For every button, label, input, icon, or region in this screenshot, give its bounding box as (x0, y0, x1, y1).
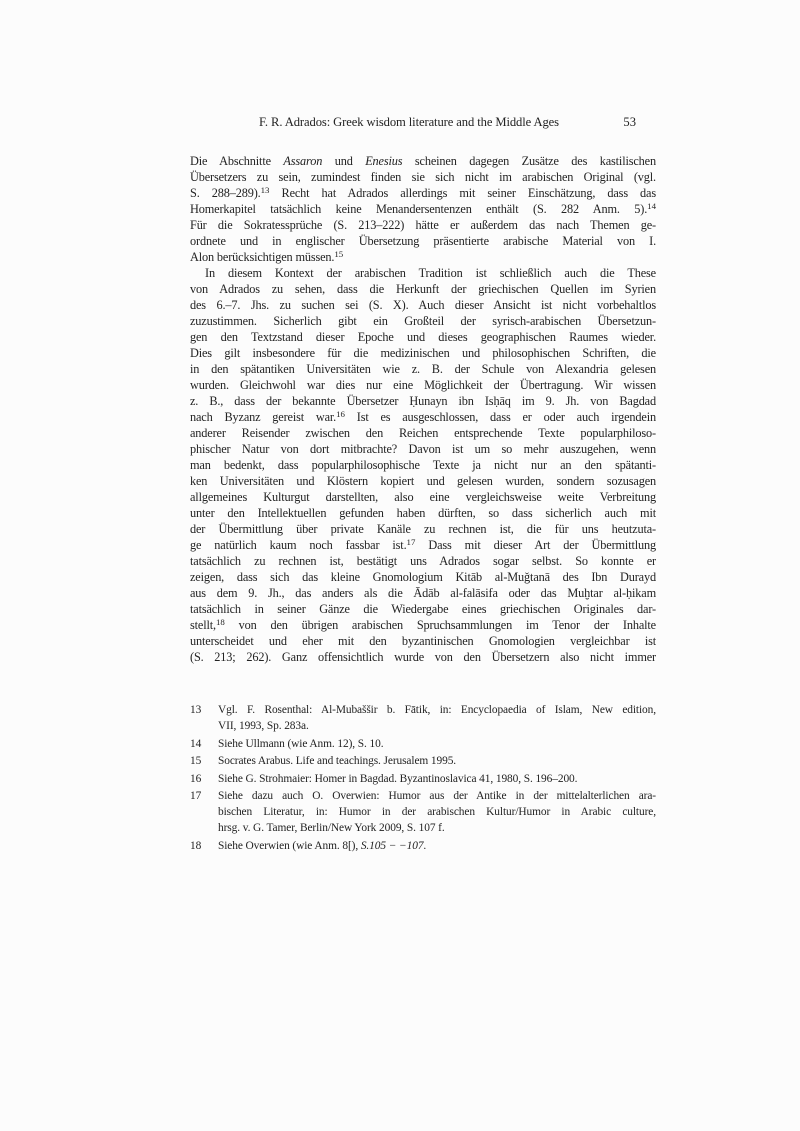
footnote-number: 14 (190, 736, 218, 752)
text-line: des 6.–7. Jhs. zu suchen sei (S. X). Auc… (190, 297, 656, 313)
text-run: Socrates Arabus. Life and teachings. Jer… (218, 755, 456, 767)
footnote-text: Siehe Overwien (wie Anm. 8[), S.105 − −1… (218, 838, 656, 854)
footnote: 16Siehe G. Strohmaier: Homer in Bagdad. … (190, 771, 656, 787)
text-line: Für die Sokratessprüche (S. 213–222) hät… (190, 217, 656, 233)
text-run: von den übrigen arabischen Spruchsammlun… (225, 618, 656, 632)
text-run: S. 288–289). (190, 186, 261, 200)
text-run: man bedenkt, dass popularphilosophische … (190, 458, 656, 472)
text-run: phischer Natur von dort mitbrachte? Davo… (190, 442, 656, 456)
text-run: ordnete und in englischer Übersetzung pr… (190, 234, 656, 248)
footnote-ref: 13 (261, 185, 270, 195)
footnote-text: Siehe dazu auch O. Overwien: Humor aus d… (218, 788, 656, 836)
text-line: z. B., dass der bekannte Übersetzer Ḥuna… (190, 393, 656, 409)
text-line: Siehe Ullmann (wie Anm. 12), S. 10. (218, 736, 656, 752)
text-line: Alon berücksichtigen müssen.15 (190, 249, 656, 265)
footnote-ref: 16 (336, 409, 345, 419)
paragraph: Die Abschnitte Assaron und Enesius schei… (190, 153, 656, 265)
text-run: unterscheidet und eher mit den byzantini… (190, 634, 656, 648)
text-line: allgemeines Kulturgut darstellten, also … (190, 489, 656, 505)
text-line: Die Abschnitte Assaron und Enesius schei… (190, 153, 656, 169)
text-run: Dies gilt insbesondere für die medizinis… (190, 346, 656, 360)
body-text: Die Abschnitte Assaron und Enesius schei… (190, 153, 656, 665)
text-run: anderer Reisender zwischen den Reichen e… (190, 426, 656, 440)
text-line: Homerkapitel tatsächlich keine Menanders… (190, 201, 656, 217)
text-run: z. B., dass der bekannte Übersetzer Ḥuna… (190, 394, 656, 408)
page-header: F. R. Adrados: Greek wisdom literature a… (190, 114, 656, 132)
text-line: man bedenkt, dass popularphilosophische … (190, 457, 656, 473)
italic-text: S.105 − −107 (361, 840, 424, 852)
text-line: in den spätantiken Universitäten wie z. … (190, 361, 656, 377)
text-line: Siehe dazu auch O. Overwien: Humor aus d… (218, 788, 656, 804)
text-line: ordnete und in englischer Übersetzung pr… (190, 233, 656, 249)
text-run: der Übermittlung über private Kanäle zu … (190, 522, 656, 536)
footnote: 18Siehe Overwien (wie Anm. 8[), S.105 − … (190, 838, 656, 854)
text-run: hrsg. v. G. Tamer, Berlin/New York 2009,… (218, 822, 445, 834)
text-line: ken Universitäten und Klöstern kopiert u… (190, 473, 656, 489)
footnote-number: 13 (190, 702, 218, 734)
text-line: S. 288–289).13 Recht hat Adrados allerdi… (190, 185, 656, 201)
text-run: in den spätantiken Universitäten wie z. … (190, 362, 656, 376)
footnote-ref: 18 (216, 617, 225, 627)
text-run: Vgl. F. Rosenthal: Al-Mubaššir b. Fātik,… (218, 704, 656, 716)
text-run: zeigen, dass sich das kleine Gnomologium… (190, 570, 656, 584)
footnote-number: 18 (190, 838, 218, 854)
footnote-ref: 15 (334, 249, 343, 259)
text-line: Siehe Overwien (wie Anm. 8[), S.105 − −1… (218, 838, 656, 854)
italic-text: Enesius (365, 154, 402, 168)
text-line: der Übermittlung über private Kanäle zu … (190, 521, 656, 537)
text-run: Siehe Ullmann (wie Anm. 12), S. 10. (218, 738, 383, 750)
text-run: (S. 213; 262). Ganz offensichtlich wurde… (190, 650, 656, 664)
text-run: VII, 1993, Sp. 283a. (218, 720, 309, 732)
footnote-text: Siehe G. Strohmaier: Homer in Bagdad. By… (218, 771, 656, 787)
text-run: unter den Intellektuellen gefunden haben… (190, 506, 656, 520)
text-line: von Adrados zu sehen, dass die Herkunft … (190, 281, 656, 297)
text-run: ge natürlich kaum noch fassbar ist. (190, 538, 407, 552)
text-run: Für die Sokratessprüche (S. 213–222) hät… (190, 218, 656, 232)
footnote: 17Siehe dazu auch O. Overwien: Humor aus… (190, 788, 656, 836)
footnote-text: Siehe Ullmann (wie Anm. 12), S. 10. (218, 736, 656, 752)
text-line: unter den Intellektuellen gefunden haben… (190, 505, 656, 521)
text-run: Siehe Overwien (wie Anm. 8[), (218, 840, 361, 852)
footnote-text: Socrates Arabus. Life and teachings. Jer… (218, 753, 656, 769)
text-run: nach Byzanz gereist war. (190, 410, 336, 424)
text-run: allgemeines Kulturgut darstellten, also … (190, 490, 656, 504)
text-run: Übersetzers zu sein, zumindest finden si… (190, 170, 656, 184)
text-line: Übersetzers zu sein, zumindest finden si… (190, 169, 656, 185)
text-line: Vgl. F. Rosenthal: Al-Mubaššir b. Fātik,… (218, 702, 656, 718)
text-line: nach Byzanz gereist war.16 Ist es ausges… (190, 409, 656, 425)
paragraph: In diesem Kontext der arabischen Traditi… (190, 265, 656, 665)
text-line: Siehe G. Strohmaier: Homer in Bagdad. By… (218, 771, 656, 787)
italic-text: Assaron (283, 154, 322, 168)
text-line: unterscheidet und eher mit den byzantini… (190, 633, 656, 649)
text-line: In diesem Kontext der arabischen Traditi… (190, 265, 656, 281)
text-line: aus dem 9. Jh., das anders als die Ādāb … (190, 585, 656, 601)
text-line: phischer Natur von dort mitbrachte? Davo… (190, 441, 656, 457)
footnote: 13Vgl. F. Rosenthal: Al-Mubaššir b. Fāti… (190, 702, 656, 734)
text-line: (S. 213; 262). Ganz offensichtlich wurde… (190, 649, 656, 665)
text-line: wurden. Gleichwohl war dies nur eine Mög… (190, 377, 656, 393)
text-run: Homerkapitel tatsächlich keine Menanders… (190, 202, 647, 216)
text-line: VII, 1993, Sp. 283a. (218, 718, 656, 734)
text-run: Die Abschnitte (190, 154, 283, 168)
footnote-ref: 14 (647, 201, 656, 211)
text-line: Dies gilt insbesondere für die medizinis… (190, 345, 656, 361)
text-run: Recht hat Adrados allerdings mit seiner … (269, 186, 656, 200)
text-run: aus dem 9. Jh., das anders als die Ādāb … (190, 586, 656, 600)
text-run: ken Universitäten und Klöstern kopiert u… (190, 474, 656, 488)
text-run: In diesem Kontext der arabischen Traditi… (205, 266, 656, 280)
text-run: zuzustimmen. Sicherlich gibt ein Großtei… (190, 314, 656, 328)
text-run: und (322, 154, 365, 168)
text-line: tatsächlich zu rechnen ist, bestätigt un… (190, 553, 656, 569)
text-run: scheinen dagegen Zusätze des kastilische… (402, 154, 656, 168)
text-run: . (423, 840, 426, 852)
text-line: bischen Literatur, in: Humor in der arab… (218, 804, 656, 820)
text-run: tatsächlich zu rechnen ist, bestätigt un… (190, 554, 656, 568)
footnote-number: 15 (190, 753, 218, 769)
footnote-ref: 17 (407, 537, 416, 547)
text-line: gen den Textzstand dieser Epoche und die… (190, 329, 656, 345)
text-run: gen den Textzstand dieser Epoche und die… (190, 330, 656, 344)
text-line: ge natürlich kaum noch fassbar ist.17 Da… (190, 537, 656, 553)
footnote: 14Siehe Ullmann (wie Anm. 12), S. 10. (190, 736, 656, 752)
footnote: 15Socrates Arabus. Life and teachings. J… (190, 753, 656, 769)
text-run: Alon berücksichtigen müssen. (190, 250, 334, 264)
text-run: stellt, (190, 618, 216, 632)
footnotes-section: 13Vgl. F. Rosenthal: Al-Mubaššir b. Fāti… (190, 702, 656, 855)
text-run: tatsächlich in seiner Gänze die Wiederga… (190, 602, 656, 616)
text-line: tatsächlich in seiner Gänze die Wiederga… (190, 601, 656, 617)
text-line: Socrates Arabus. Life and teachings. Jer… (218, 753, 656, 769)
text-line: hrsg. v. G. Tamer, Berlin/New York 2009,… (218, 820, 656, 836)
text-run: von Adrados zu sehen, dass die Herkunft … (190, 282, 656, 296)
text-run: Siehe dazu auch O. Overwien: Humor aus d… (218, 790, 656, 802)
footnote-number: 16 (190, 771, 218, 787)
text-run: Ist es ausgeschlossen, dass er oder auch… (345, 410, 656, 424)
text-run: Siehe G. Strohmaier: Homer in Bagdad. By… (218, 773, 577, 785)
text-line: zeigen, dass sich das kleine Gnomologium… (190, 569, 656, 585)
text-run: wurden. Gleichwohl war dies nur eine Mög… (190, 378, 656, 392)
running-head: F. R. Adrados: Greek wisdom literature a… (190, 114, 628, 130)
footnote-text: Vgl. F. Rosenthal: Al-Mubaššir b. Fātik,… (218, 702, 656, 734)
text-run: Dass mit dieser Art der Übermittlung (415, 538, 656, 552)
text-line: anderer Reisender zwischen den Reichen e… (190, 425, 656, 441)
footnote-number: 17 (190, 788, 218, 836)
document-page: F. R. Adrados: Greek wisdom literature a… (0, 0, 800, 1131)
text-run: des 6.–7. Jhs. zu suchen sei (S. X). Auc… (190, 298, 656, 312)
text-line: stellt,18 von den übrigen arabischen Spr… (190, 617, 656, 633)
text-run: bischen Literatur, in: Humor in der arab… (218, 806, 656, 818)
text-line: zuzustimmen. Sicherlich gibt ein Großtei… (190, 313, 656, 329)
page-number: 53 (623, 114, 636, 130)
